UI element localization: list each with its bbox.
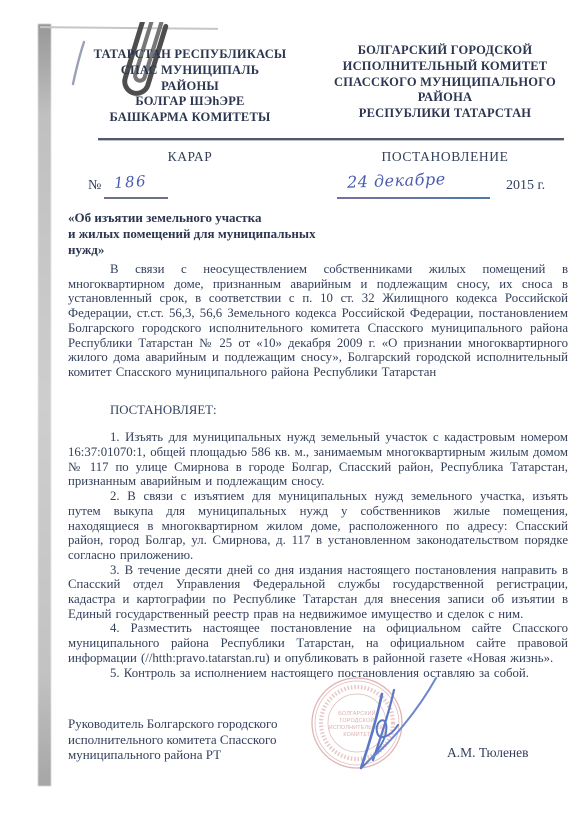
year-label: 2015 г.	[506, 178, 545, 194]
item-paragraph-1: 1. Изъять для муниципальных нужд земельн…	[68, 430, 568, 489]
letterhead-tatar-line: СПАС МУНИЦИПАЛЬ	[70, 63, 310, 79]
letterhead-tatar-line: РАЙОНЫ	[70, 79, 310, 95]
scan-left-shadow	[38, 24, 51, 786]
signature-position-line: муниципального района РТ	[68, 747, 278, 763]
doc-type-tatar: КАРАР	[70, 149, 310, 165]
scanned-document-page: ТАТАРСТАН РЕСПУБЛИКАСЫ СПАС МУНИЦИПАЛЬ Р…	[0, 0, 586, 830]
letterhead-russian-line: СПАССКОГО МУНИЦИПАЛЬНОГО	[320, 75, 570, 91]
number-handwritten: 186	[113, 172, 147, 192]
document-title-line: и жилых помещений для муниципальных	[68, 226, 316, 242]
letterhead-tatar-line: БАШКАРМА КОМИТЕТЫ	[70, 110, 310, 126]
letterhead-russian-line: БОЛГАРСКИЙ ГОРОДСКОЙ	[320, 43, 570, 59]
number-label: №	[88, 178, 101, 194]
document-title-line: нужд»	[68, 242, 316, 258]
handwritten-signature	[336, 670, 448, 778]
doc-type-russian: ПОСТАНОВЛЕНИЕ	[320, 149, 570, 165]
letterhead-tatar-line: БОЛГАР ШЭһЭРЕ	[70, 94, 310, 110]
letterhead-russian-line: ИСПОЛНИТЕЛЬНЫЙ КОМИТЕТ	[320, 59, 570, 75]
header-divider-rule	[98, 138, 564, 140]
resolves-heading: ПОСТАНОВЛЯЕТ:	[68, 403, 568, 418]
date-handwritten: 24 декабре	[347, 169, 446, 191]
letterhead-russian: БОЛГАРСКИЙ ГОРОДСКОЙ ИСПОЛНИТЕЛЬНЫЙ КОМИ…	[320, 43, 570, 122]
letterhead-russian-line: РЕСПУБЛИКИ ТАТАРСТАН	[320, 106, 570, 122]
document-title: «Об изъятии земельного участка и жилых п…	[68, 210, 316, 259]
letterhead-tatar: ТАТАРСТАН РЕСПУБЛИКАСЫ СПАС МУНИЦИПАЛЬ Р…	[70, 47, 310, 126]
signature-position-block: Руководитель Болгарского городского испо…	[68, 716, 278, 763]
letterhead-tatar-line: ТАТАРСТАН РЕСПУБЛИКАСЫ	[70, 47, 310, 63]
letterhead-russian-line: РАЙОНА	[320, 90, 570, 106]
item-paragraph-3: 3. В течение десяти дней со дня издания …	[68, 563, 568, 622]
date-underline	[337, 197, 490, 199]
document-body: В связи с неосуществлением собственникам…	[68, 262, 568, 680]
item-paragraph-2: 2. В связи с изъятием для муниципальных …	[68, 489, 568, 563]
number-underline	[104, 197, 168, 199]
signatory-name: А.М. Тюленев	[447, 745, 529, 761]
preamble-paragraph: В связи с неосуществлением собственникам…	[68, 262, 568, 380]
signature-position-line: Руководитель Болгарского городского	[68, 716, 278, 732]
item-paragraph-4: 4. Разместить настоящее постановление на…	[68, 621, 568, 665]
signature-position-line: исполнительного комитета Спасского	[68, 732, 278, 748]
document-title-line: «Об изъятии земельного участка	[68, 210, 316, 226]
